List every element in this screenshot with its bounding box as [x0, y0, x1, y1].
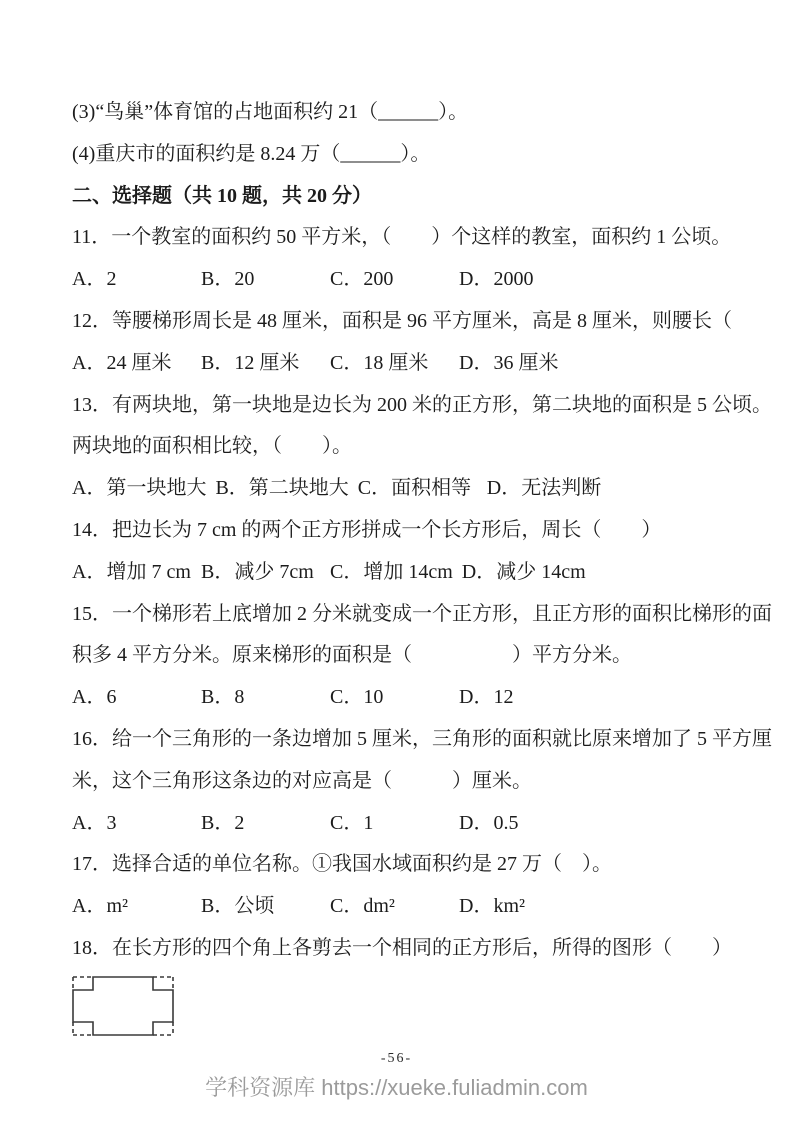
page-number: -56-: [0, 1050, 793, 1068]
question-15-text-line2: 积多 4 平方分米。原来梯形的面积是（ ）平方分米。: [72, 635, 753, 677]
question-16-options: A．3 B．2 C．1 D．0.5: [72, 803, 753, 845]
question-13-text-line2: 两块地的面积相比较，（ ）。: [72, 426, 753, 468]
option-d: D．36 厘米: [459, 343, 579, 385]
option-c: C．18 厘米: [330, 343, 450, 385]
question-12-options: A．24 厘米 B．12 厘米 C．18 厘米 D．36 厘米: [72, 343, 753, 385]
option-c: C．200: [330, 259, 450, 301]
question-14-text: 14．把边长为 7 cm 的两个正方形拼成一个长方形后，周长（ ）: [72, 510, 753, 552]
question-17-text: 17．选择合适的单位名称。①我国水域面积约是 27 万（ ）。: [72, 844, 753, 886]
option-a: A．m²: [72, 886, 192, 928]
question-11-options: A．2 B．20 C．200 D．2000: [72, 259, 753, 301]
option-d: D．12: [459, 677, 579, 719]
option-a: A．24 厘米: [72, 343, 192, 385]
question-13-options: A．第一块地大 B．第二块地大 C．面积相等 D．无法判断: [72, 468, 753, 510]
option-b: B．8: [201, 677, 321, 719]
option-a: A．6: [72, 677, 192, 719]
option-a: A．第一块地大: [72, 468, 206, 510]
option-d: D．km²: [459, 886, 579, 928]
question-15-options: A．6 B．8 C．10 D．12: [72, 677, 753, 719]
section-title: 二、选择题（共 10 题，共 20 分）: [72, 176, 753, 218]
option-d: D．0.5: [459, 803, 579, 845]
option-b: B．减少 7cm: [201, 552, 321, 594]
question-16-text-line1: 16．给一个三角形的一条边增加 5 厘米，三角形的面积就比原来增加了 5 平方厘: [72, 719, 753, 761]
exam-page: (3)“鸟巢”体育馆的占地面积约 21（______）。 (4)重庆市的面积约是…: [0, 0, 793, 1040]
question-12-text: 12．等腰梯形周长是 48 厘米，面积是 96 平方厘米，高是 8 厘米，则腰长…: [72, 301, 753, 343]
option-a: A．3: [72, 803, 192, 845]
footer-site-watermark: 学科资源库 https://xueke.fuliadmin.com: [0, 1074, 793, 1102]
fill-in-item-4: (4)重庆市的面积约是 8.24 万（______）。: [72, 134, 753, 176]
question-16-text-line2: 米，这个三角形这条边的对应高是（ ）厘米。: [72, 761, 753, 803]
option-b: B．2: [201, 803, 321, 845]
option-c: C．1: [330, 803, 450, 845]
option-d: D．2000: [459, 259, 579, 301]
option-c: C．dm²: [330, 886, 450, 928]
option-b: B．第二块地大: [215, 468, 348, 510]
question-14-options: A．增加 7 cm B．减少 7cm C．增加 14cm D．减少 14cm: [72, 552, 753, 594]
option-a: A．增加 7 cm: [72, 552, 192, 594]
question-17-options: A．m² B．公顷 C．dm² D．km²: [72, 886, 753, 928]
option-a: A．2: [72, 259, 192, 301]
question-11-text: 11．一个教室的面积约 50 平方米，（ ）个这样的教室，面积约 1 公顷。: [72, 217, 753, 259]
option-b: B．20: [201, 259, 321, 301]
fill-in-item-3: (3)“鸟巢”体育馆的占地面积约 21（______）。: [72, 92, 753, 134]
option-c: C．面积相等: [358, 468, 478, 510]
option-d: D．无法判断: [487, 468, 607, 510]
option-c: C．增加 14cm: [330, 552, 453, 594]
question-13-text-line1: 13．有两块地，第一块地是边长为 200 米的正方形，第二块地的面积是 5 公顷…: [72, 385, 753, 427]
option-c: C．10: [330, 677, 450, 719]
question-18-figure: [72, 976, 753, 1040]
question-15-text-line1: 15．一个梯形若上底增加 2 分米就变成一个正方形，且正方形的面积比梯形的面: [72, 594, 753, 636]
option-b: B．12 厘米: [201, 343, 321, 385]
rectangle-with-corner-squares-cut-figure: [72, 976, 174, 1036]
question-18-text: 18．在长方形的四个角上各剪去一个相同的正方形后，所得的图形（ ）: [72, 928, 753, 970]
option-b: B．公顷: [201, 886, 321, 928]
option-d: D．减少 14cm: [462, 552, 586, 594]
